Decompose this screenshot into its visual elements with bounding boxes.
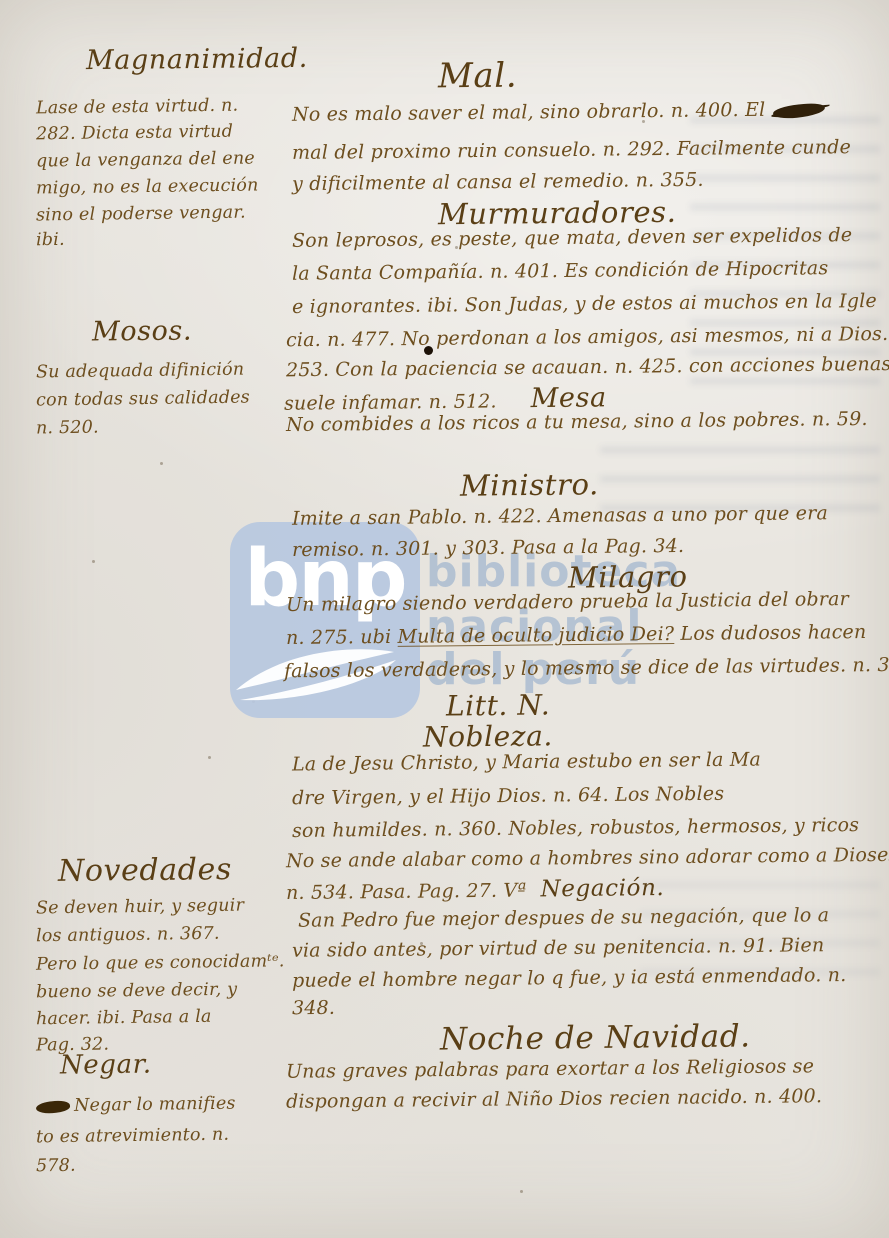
manuscript-line: n. 534. Pasa. Pag. 27. VªNegación. [286,875,665,905]
manuscript-line: que la venganza del ene [36,148,255,171]
manuscript-line: San Pedro fue mejor despues de su negaci… [298,904,829,932]
section-heading-negar: Negar. [60,1050,152,1081]
manuscript-line: 348. [292,997,335,1019]
manuscript-line: 253. Con la paciencia se acauan. n. 425.… [286,353,889,382]
manuscript-line: n. 275. ubi Multa de oculto judicio Dei?… [286,621,867,649]
manuscript-line: dre Virgen, y el Hijo Dios. n. 64. Los N… [292,783,724,810]
section-heading-magnanimidad: Magnanimidad. [86,43,308,76]
manuscript-line: Lase de esta virtud. n. [36,96,239,119]
manuscript-line: e ignorantes. ibi. Son Judas, y de estos… [292,290,877,318]
manuscript-line: 282. Dicta esta virtud [36,122,233,145]
section-heading-mesa: Mesa [531,382,607,414]
manuscript-line: No se ande alabar como a hombres sino ad… [286,844,889,872]
section-heading-mal: Mal. [438,56,518,97]
ink-blot [35,1098,70,1115]
manuscript-line: con todas sus calidades [36,388,250,411]
ink-blot [773,101,826,119]
manuscript-line: n. 520. [36,418,99,439]
manuscript-line: Son leprosos, es peste, que mata, deven … [292,224,852,252]
manuscript-line: Pero lo que es conocidamᵗᵉ. [36,951,285,974]
paper-speck [160,462,163,465]
manuscript-line: 578. [36,1156,76,1177]
manuscript-line: mal del proximo ruin consuelo. n. 292. F… [292,136,851,164]
manuscript-line: La de Jesu Christo, y Maria estubo en se… [292,749,761,776]
section-heading-negacion: Negación. [540,875,664,902]
manuscript-line: remiso. n. 301. y 303. Pasa a la Pag. 34… [292,535,684,561]
section-heading-novedades: Novedades [58,852,232,889]
manuscript-line: Unas graves palabras para exortar a los … [286,1055,814,1083]
manuscript-line-text: n. 275. ubi [286,626,398,649]
section-heading-mosos: Mosos. [92,315,192,347]
paper-speck [92,560,95,563]
manuscript-line: los antiguos. n. 367. [36,924,220,947]
manuscript-line: Un milagro siendo verdadero prueba la Ju… [286,588,849,616]
manuscript-line: Se deven huir, y seguir [36,896,244,919]
ink-dot [424,346,433,355]
manuscript-line: Su adequada difinición [36,360,245,383]
manuscript-page: bnp biblioteca nacional del perú Magnani… [0,0,889,1238]
manuscript-line: Negar lo manifies [36,1094,236,1117]
section-heading-ministro: Ministro. [460,467,599,502]
manuscript-line: hacer. ibi. Pasa a la [36,1007,212,1029]
manuscript-line: sino el poderse vengar. [36,203,246,226]
manuscript-line: ibi. [36,230,65,250]
manuscript-line: son humildes. n. 360. Nobles, robustos, … [292,814,859,842]
manuscript-line-text: Los dudosos hacen [674,621,866,645]
section-heading-noche-de-navidad: Noche de Navidad. [440,1018,751,1057]
manuscript-line: y dificilmente al cansa el remedio. n. 3… [292,169,704,195]
paper-speck [208,756,211,759]
manuscript-line: Imite a san Pablo. n. 422. Amenasas a un… [292,502,828,530]
manuscript-line: to es atrevimiento. n. [36,1125,229,1148]
section-heading-nobleza: Nobleza. [423,719,553,753]
manuscript-line: dispongan a recivir al Niño Dios recien … [286,1085,822,1113]
manuscript-line: la Santa Compañía. n. 401. Es condición … [292,257,829,285]
underlined-latin-phrase: Multa de oculto judicio Dei? [397,623,674,648]
manuscript-line-text: No es malo saver el mal, sino obrarlo. n… [292,99,766,126]
manuscript-line: via sido antes, por virtud de su peniten… [292,934,825,962]
manuscript-line: cia. n. 477. No perdonan a los amigos, a… [286,323,889,352]
manuscript-line-text: n. 534. Pasa. Pag. 27. Vª [286,879,527,904]
manuscript-line: No es malo saver el mal, sino obrarlo. n… [292,98,826,126]
manuscript-line: puede el hombre negar lo q fue, y ia est… [292,964,847,992]
manuscript-line: bueno se deve decir, y [36,980,238,1003]
manuscript-line-text: Negar lo manifies [74,1094,236,1116]
manuscript-line: No combides a los ricos a tu mesa, sino … [286,408,868,436]
paper-speck [520,1190,523,1193]
manuscript-line-text: suele infamar. n. 512. [284,390,497,414]
section-heading-litt-n: Litt. N. [446,688,551,722]
manuscript-line: migo, no es la execución [36,175,259,198]
